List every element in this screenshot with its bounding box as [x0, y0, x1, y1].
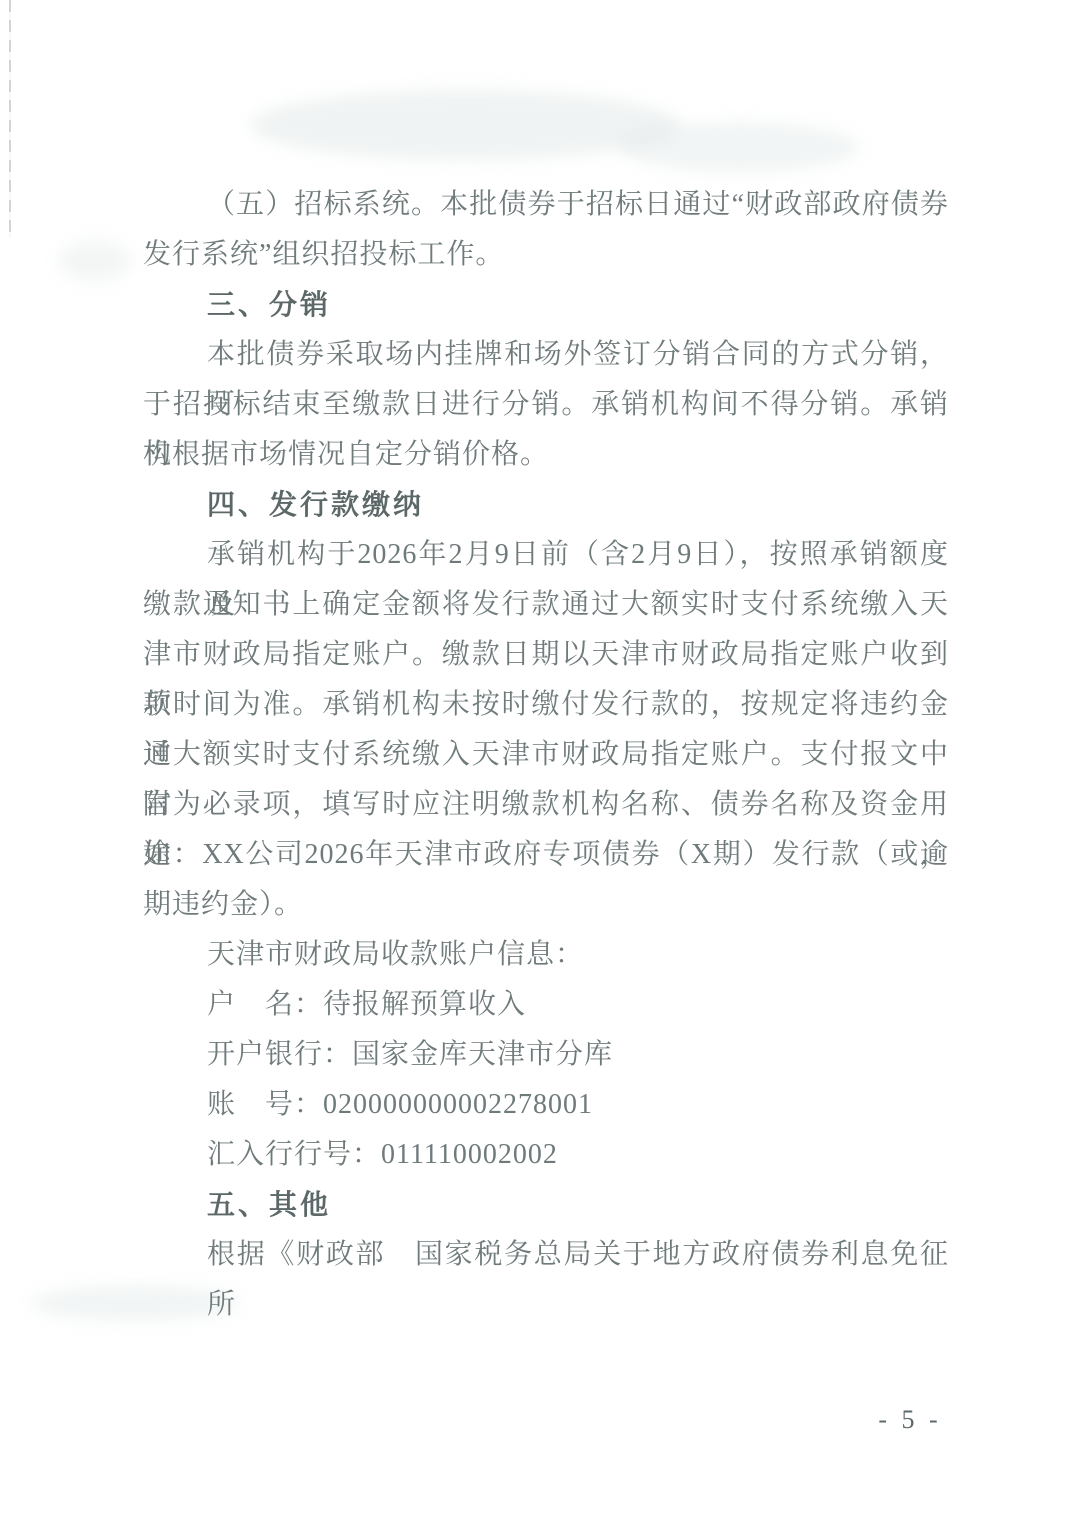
document-body: （五）招标系统。本批债券于招标日通过“财政部政府债券 发行系统”组织招投标工作。…	[143, 180, 949, 1280]
scan-smudge	[250, 90, 680, 160]
text-line: 承销机构于2026年2月9日前（含2月9日），按照承销额度及	[143, 530, 949, 580]
text-line: 期违约金）。	[143, 880, 949, 930]
text-line: 缴款通知书上确定金额将发行款通过大额实时支付系统缴入天	[143, 580, 949, 630]
text-line: 根据《财政部 国家税务总局关于地方政府债券利息免征所	[143, 1230, 949, 1280]
document-page: （五）招标系统。本批债券于招标日通过“财政部政府债券 发行系统”组织招投标工作。…	[0, 0, 1075, 1521]
scan-smudge	[58, 240, 132, 282]
scan-artifact-line	[9, 0, 11, 238]
text-line: （五）招标系统。本批债券于招标日通过“财政部政府债券	[143, 180, 949, 230]
account-bank-line: 开户银行：国家金库天津市分库	[143, 1030, 949, 1080]
heading-distribution: 三、分销	[143, 280, 949, 330]
account-number-line: 账 号：020000000002278001	[143, 1080, 949, 1130]
scan-smudge	[620, 122, 860, 172]
page-number: - 5 -	[866, 1400, 954, 1440]
text-line: 发行系统”组织招投标工作。	[143, 230, 949, 280]
text-line: 如：XX公司2026年天津市政府专项债券（X期）发行款（或逾	[143, 830, 949, 880]
text-line: 项时间为准。承销机构未按时缴付发行款的，按规定将违约金通	[143, 680, 949, 730]
account-info-title: 天津市财政局收款账户信息：	[143, 930, 949, 980]
account-holder-line: 户 名：待报解预算收入	[143, 980, 949, 1030]
text-line: 于招投标结束至缴款日进行分销。承销机构间不得分销。承销机	[143, 380, 949, 430]
text-line: 构根据市场情况自定分销价格。	[143, 430, 949, 480]
heading-payment: 四、发行款缴纳	[143, 480, 949, 530]
text-line: 本批债券采取场内挂牌和场外签订分销合同的方式分销，可	[143, 330, 949, 380]
text-line: 言为必录项，填写时应注明缴款机构名称、债券名称及资金用途，	[143, 780, 949, 830]
text-line: 津市财政局指定账户。缴款日期以天津市财政局指定账户收到款	[143, 630, 949, 680]
text-line: 过大额实时支付系统缴入天津市财政局指定账户。支付报文中附	[143, 730, 949, 780]
routing-number-line: 汇入行行号：011110002002	[143, 1130, 949, 1180]
heading-other: 五、其他	[143, 1180, 949, 1230]
